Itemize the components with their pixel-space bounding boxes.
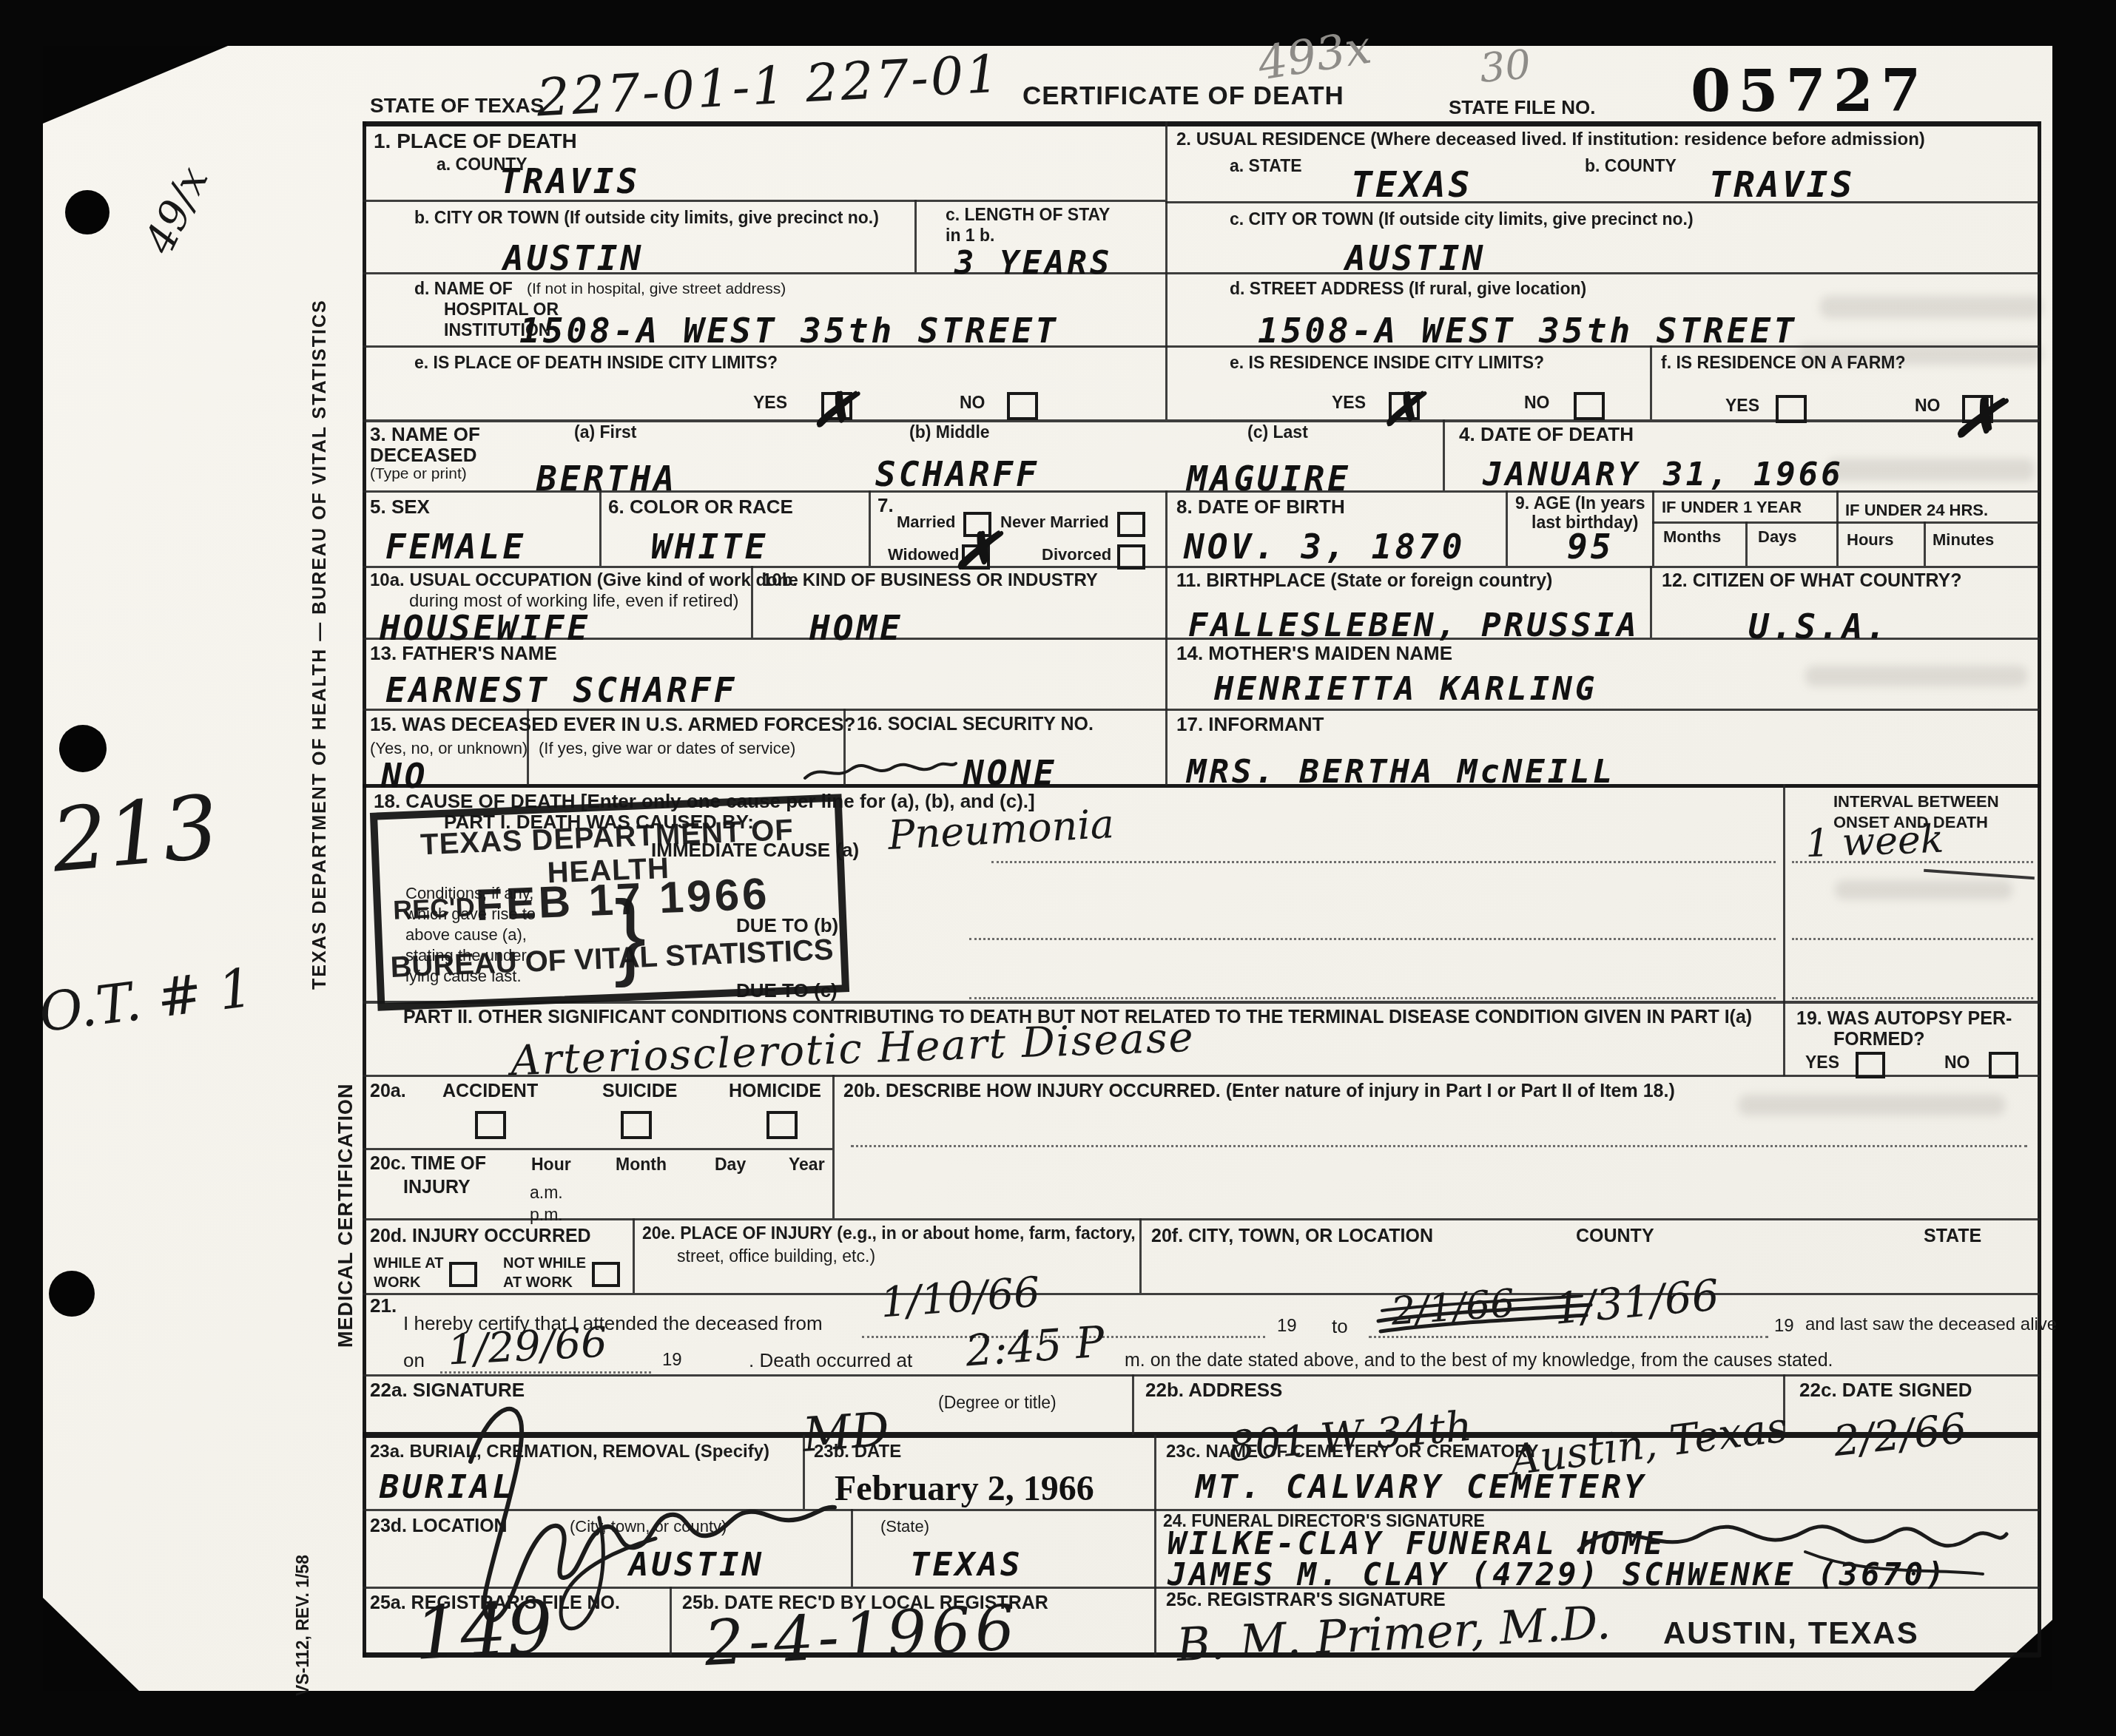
write-line <box>1792 997 2033 999</box>
s3-first-label: (a) First <box>574 423 636 441</box>
s19-no-checkbox[interactable] <box>1989 1052 2018 1078</box>
s2e-yes-label: YES <box>1332 394 1366 411</box>
divider <box>1924 521 1926 566</box>
divider <box>1652 521 2040 524</box>
s2e-no-label: NO <box>1524 394 1550 411</box>
s20d-while-checkbox[interactable] <box>449 1262 477 1287</box>
hw-scribble-ssn <box>799 752 962 790</box>
s20c-hour-label: Hour <box>531 1155 571 1173</box>
s20c-am-label: a.m. <box>530 1183 563 1201</box>
s19-yes-label: YES <box>1805 1053 1839 1071</box>
write-line <box>991 861 1776 863</box>
s19-label1: 19. WAS AUTOPSY PER- <box>1796 1009 2012 1028</box>
s23a-burial-value: BURIAL <box>380 1468 515 1506</box>
write-line <box>851 1145 2027 1147</box>
divider <box>1139 1218 1142 1293</box>
s1d-address-value: 1508-A WEST 35th STREET <box>519 311 1059 351</box>
s3-last-value: MAGUIRE <box>1187 459 1351 499</box>
s2-title: 2. USUAL RESIDENCE (Where deceased lived… <box>1176 130 1925 149</box>
divider <box>1650 345 1652 419</box>
s1b-city-value: AUSTIN <box>503 238 644 278</box>
s1b-label: b. CITY OR TOWN (If outside city limits,… <box>414 209 879 226</box>
s19-yes-checkbox[interactable] <box>1856 1052 1885 1078</box>
s3-first-value: BERTHA <box>536 459 677 499</box>
margin-form-code: VS-112, REV. 1/58 <box>293 1530 313 1696</box>
s16-label: 16. SOCIAL SECURITY NO. <box>857 715 1094 734</box>
s20c-label1: 20c. TIME OF <box>370 1154 486 1173</box>
s21-text2: and last saw the deceased alive <box>1805 1315 2057 1334</box>
certificate-title: CERTIFICATE OF DEATH <box>1022 83 1344 110</box>
s20a-label: 20a. <box>370 1081 406 1101</box>
divider <box>1745 521 1748 566</box>
s9-minutes-label: Minutes <box>1933 531 1994 548</box>
s20c-day-label: Day <box>715 1155 746 1173</box>
s1-title: 1. PLACE OF DEATH <box>374 130 577 152</box>
s23a-label: 23a. BURIAL, CREMATION, REMOVAL (Specify… <box>370 1442 769 1461</box>
s2f-no-checkmark: ✗ <box>1949 380 2007 456</box>
s3-last-label: (c) Last <box>1247 423 1308 441</box>
s2f-yes-checkbox[interactable] <box>1776 395 1807 423</box>
s7-widowed-label: Widowed <box>888 546 959 563</box>
bleed-smear <box>1835 880 2012 899</box>
s1e-yes-checkmark: ✗ <box>809 376 859 442</box>
s15-label: 15. WAS DECEASED EVER IN U.S. ARMED FORC… <box>370 715 855 734</box>
s21-on: on <box>403 1351 425 1371</box>
divider <box>633 1218 635 1293</box>
table-border-left <box>363 121 366 1657</box>
s4-label: 4. DATE OF DEATH <box>1459 425 1634 445</box>
s20d-while1: WHILE AT <box>374 1256 443 1271</box>
divider <box>1165 201 2040 203</box>
s2a-label: a. STATE <box>1230 157 1302 175</box>
write-line <box>1369 1336 1768 1338</box>
s20f-state-label: STATE <box>1924 1226 1981 1246</box>
s10b-label: 10b. KIND OF BUSINESS OR INDUSTRY <box>762 571 1098 590</box>
s23d-sub2: (State) <box>880 1518 929 1535</box>
s10b-industry-value: HOME <box>809 608 903 648</box>
s3-label2: DECEASED <box>370 445 476 465</box>
s20a-accident-checkbox[interactable] <box>475 1111 506 1139</box>
s21-19a: 19 <box>1277 1317 1297 1335</box>
divider <box>1443 419 1445 490</box>
divider <box>1165 121 1167 419</box>
s20e-label2: street, office building, etc.) <box>677 1247 875 1265</box>
s1e-label: e. IS PLACE OF DEATH INSIDE CITY LIMITS? <box>414 354 778 371</box>
hw-last-seen-date: 1/29/66 <box>446 1318 608 1374</box>
s19-no-label: NO <box>1944 1053 1970 1071</box>
s1e-no-checkbox[interactable] <box>1007 392 1038 420</box>
s16-ssn-value: NONE <box>963 753 1057 793</box>
s1e-yes-label: YES <box>753 394 787 411</box>
s8-date-of-birth-value: NOV. 3, 1870 <box>1184 527 1465 567</box>
s12-citizen-value: U.S.A. <box>1748 607 1889 646</box>
s20d-not1: NOT WHILE <box>503 1256 586 1271</box>
hw-time-of-death: 2:45 P <box>964 1317 1106 1377</box>
s20a-homicide-checkbox[interactable] <box>766 1111 798 1139</box>
s21-text3: . Death occurred at <box>749 1351 912 1371</box>
s9-months-label: Months <box>1663 528 1721 545</box>
s1c-label: c. LENGTH OF STAY <box>946 206 1110 223</box>
divider <box>1132 1374 1134 1435</box>
s20a-suicide-label: SUICIDE <box>602 1081 677 1101</box>
s2e-label: e. IS RESIDENCE INSIDE CITY LIMITS? <box>1230 354 1544 371</box>
stamp-date: FEB 17 1966 <box>475 868 771 931</box>
bleed-smear <box>1827 459 2035 481</box>
registrar-location-stamp: AUSTIN, TEXAS <box>1663 1617 1919 1649</box>
death-certificate-scan: TEXAS DEPARTMENT OF HEALTH — BUREAU OF V… <box>0 0 2116 1736</box>
s3-label3: (Type or print) <box>370 466 467 482</box>
s20a-homicide-label: HOMICIDE <box>729 1081 821 1101</box>
s7-label: 7. <box>877 496 894 516</box>
s2b-label: b. COUNTY <box>1585 157 1677 175</box>
s22b-label: 22b. ADDRESS <box>1145 1380 1282 1400</box>
s23d-city-value: AUSTIN <box>629 1546 764 1584</box>
s5-label: 5. SEX <box>370 497 430 517</box>
s1e-no-label: NO <box>960 394 985 411</box>
s9-hours-label: Hours <box>1847 531 1894 548</box>
s1c-length-of-stay-value: 3 YEARS <box>954 244 1112 282</box>
s21-text4: m. on the date stated above, and to the … <box>1125 1351 1833 1370</box>
s1a-county-value: TRAVIS <box>499 161 640 201</box>
s21-label: 21. <box>370 1296 397 1316</box>
s4-date-of-death-value: JANUARY 31, 1966 <box>1483 456 1844 493</box>
s7-married-label: Married <box>897 513 955 530</box>
s2c-city-value: AUSTIN <box>1345 238 1486 278</box>
divider <box>1506 490 1508 566</box>
margin-vertical-medical-certification: MEDICAL CERTIFICATION <box>334 1000 357 1348</box>
s9-days-label: Days <box>1758 528 1797 545</box>
s7-divorced-checkbox[interactable] <box>1117 544 1145 570</box>
s2d-address-value: 1508-A WEST 35th STREET <box>1258 311 1797 351</box>
s15-sub1: (Yes, no, or unknown) <box>370 740 528 757</box>
s7-never-married-checkbox[interactable] <box>1117 512 1145 537</box>
s18-interval-label1: INTERVAL BETWEEN <box>1833 793 1999 810</box>
s9-age-value: 95 <box>1567 527 1614 567</box>
divider <box>363 200 1165 202</box>
s2c-label: c. CITY OR TOWN (If outside city limits,… <box>1230 210 1694 228</box>
s20d-label: 20d. INJURY OCCURRED <box>370 1226 591 1246</box>
s21-to: to <box>1332 1317 1348 1337</box>
s20d-while2: WORK <box>374 1275 420 1291</box>
s7-never-married-label: Never Married <box>1000 513 1109 530</box>
s9-label1: 9. AGE (In years <box>1515 494 1645 512</box>
s20a-accident-label: ACCIDENT <box>442 1081 538 1101</box>
s3-middle-value: SCHARFF <box>875 454 1040 494</box>
s20e-label1: 20e. PLACE OF INJURY (e.g., in or about … <box>642 1224 1136 1242</box>
s19-label2: FORMED? <box>1833 1030 1925 1049</box>
s12-label: 12. CITIZEN OF WHAT COUNTRY? <box>1662 571 1962 590</box>
s20c-label2: INJURY <box>403 1178 471 1197</box>
s7-divorced-label: Divorced <box>1042 546 1111 563</box>
s22c-label: 22c. DATE SIGNED <box>1799 1380 1972 1400</box>
hw-registrar-file-no: 149 <box>412 1585 555 1677</box>
s14-label: 14. MOTHER'S MAIDEN NAME <box>1176 644 1452 663</box>
s2b-county-value: TRAVIS <box>1709 164 1855 206</box>
hole-punch <box>65 190 109 234</box>
table-border-top <box>363 121 2040 126</box>
s11-birthplace-value: FALLESLEBEN, PRUSSIA <box>1188 607 1640 644</box>
s20b-label: 20b. DESCRIBE HOW INJURY OCCURRED. (Ente… <box>843 1081 1675 1101</box>
s20f-county-label: COUNTY <box>1576 1226 1654 1246</box>
write-line <box>1792 938 2033 940</box>
s20d-notwhile-checkbox[interactable] <box>592 1262 620 1287</box>
s23b-label: 23b. DATE <box>814 1442 901 1461</box>
s20c-month-label: Month <box>616 1155 667 1173</box>
s20c-pm-label: p.m. <box>530 1206 563 1223</box>
s13-label: 13. FATHER'S NAME <box>370 644 557 663</box>
s1d-label: d. NAME OF <box>414 280 513 297</box>
s6-race-value: WHITE <box>651 527 768 567</box>
state-of-texas-label: STATE OF TEXAS <box>370 95 544 116</box>
s3-middle-label: (b) Middle <box>909 423 990 441</box>
bleed-smear <box>1820 296 2042 318</box>
s2f-label: f. IS RESIDENCE ON A FARM? <box>1661 354 1906 371</box>
s11-label: 11. BIRTHPLACE (State or foreign country… <box>1176 571 1552 590</box>
s2e-no-checkbox[interactable] <box>1574 392 1605 420</box>
s5-sex-value: FEMALE <box>385 527 526 567</box>
s23c-label: 23c. NAME OF CEMETERY OR CREMATORY <box>1166 1442 1539 1461</box>
s15-sub2: (If yes, give war or dates of service) <box>539 740 795 757</box>
divider <box>363 1218 2040 1220</box>
write-line <box>969 938 1776 940</box>
divider <box>1836 490 1839 566</box>
s2a-state-value: TEXAS <box>1351 164 1473 206</box>
divider <box>869 490 871 566</box>
divider <box>599 490 602 566</box>
s21-19c: 19 <box>662 1351 682 1369</box>
divider <box>363 1293 2040 1295</box>
stamp-recd: REC'D <box>392 891 475 925</box>
s17-informant-value: MRS. BERTHA McNEILL <box>1187 753 1615 791</box>
hole-punch <box>59 725 107 772</box>
s22a-degree-label: (Degree or title) <box>938 1394 1057 1411</box>
hw-interval-value: 1 week <box>1805 817 1944 866</box>
divider <box>914 200 917 272</box>
margin-note-213: 213 <box>47 775 222 891</box>
table-border-right <box>2038 121 2041 1657</box>
s10a-label1: 10a. USUAL OCCUPATION (Give kind of work… <box>370 571 798 590</box>
s13-father-value: EARNEST SCHARFF <box>385 670 737 710</box>
s20d-not2: AT WORK <box>503 1275 573 1291</box>
received-stamp: TEXAS DEPARTMENT OF HEALTH REC'D FEB 17 … <box>370 794 849 1010</box>
state-file-no-value: 05727 <box>1691 58 1928 125</box>
divider <box>1154 1435 1156 1655</box>
divider <box>832 1075 835 1218</box>
bleed-smear <box>1739 1095 2005 1115</box>
write-line <box>1792 861 2033 863</box>
s3-label1: 3. NAME OF <box>370 425 480 445</box>
s21-19b: 19 <box>1774 1317 1794 1335</box>
divider <box>1650 566 1652 638</box>
s2f-no-label: NO <box>1915 396 1941 414</box>
pencil-note-b: 30 <box>1478 41 1532 92</box>
write-line <box>969 997 1776 999</box>
s23b-date-value: February 2, 1966 <box>835 1468 1094 1509</box>
s20f-label: 20f. CITY, TOWN, OR LOCATION <box>1151 1226 1433 1246</box>
s8-label: 8. DATE OF BIRTH <box>1176 497 1345 517</box>
stamp-line3: BUREAU OF VITAL STATISTICS <box>383 933 840 985</box>
s9-under1-label: IF UNDER 1 YEAR <box>1662 499 1802 516</box>
s23d-label: 23d. LOCATION <box>370 1516 508 1536</box>
funeral-director-signature <box>1569 1479 2012 1590</box>
divider <box>363 1148 832 1150</box>
s1c-label2: in 1 b. <box>946 226 994 244</box>
divider <box>1652 490 1654 566</box>
hole-punch <box>49 1271 95 1317</box>
state-file-no-label: STATE FILE NO. <box>1449 98 1595 118</box>
s14-mother-value: HENRIETTA KARLING <box>1214 670 1597 708</box>
s1d-paren: (If not in hospital, give street address… <box>527 281 786 297</box>
margin-vertical-agency-text: TEXAS DEPARTMENT OF HEALTH — BUREAU OF V… <box>309 354 331 990</box>
s2d-label: d. STREET ADDRESS (If rural, give locati… <box>1230 280 1586 297</box>
s20a-suicide-checkbox[interactable] <box>621 1111 652 1139</box>
s6-label: 6. COLOR OR RACE <box>608 497 793 517</box>
s20c-year-label: Year <box>789 1155 825 1173</box>
s2f-yes-label: YES <box>1725 396 1759 414</box>
bleed-smear <box>1805 666 2027 686</box>
s2e-yes-checkmark: ✗ <box>1380 379 1425 439</box>
divider <box>1783 784 1785 1076</box>
s9-under24-label: IF UNDER 24 HRS. <box>1845 501 1988 519</box>
s23d-state-value: TEXAS <box>910 1546 1022 1584</box>
s23d-sub1: (City, town, or county) <box>570 1518 727 1535</box>
divider <box>1165 490 1167 786</box>
s17-label: 17. INFORMANT <box>1176 715 1324 734</box>
